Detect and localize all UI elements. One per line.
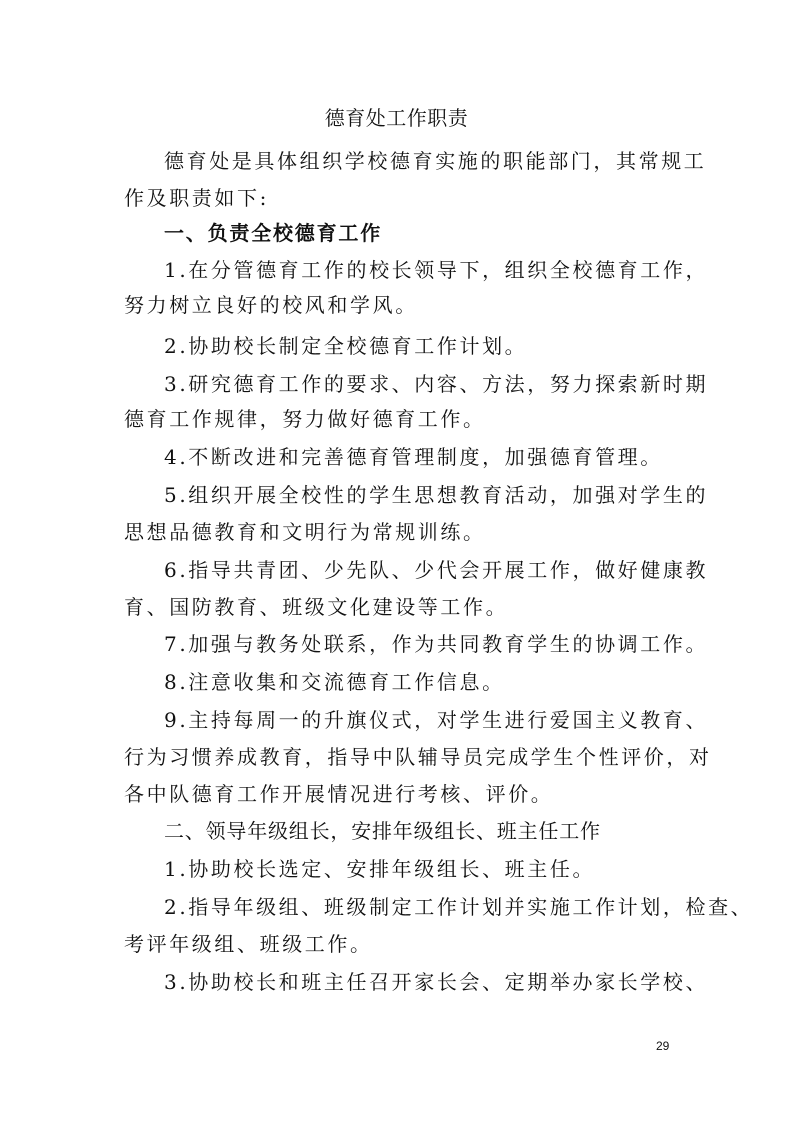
section-1-item-2: 2.协助校长制定全校德育工作计划。 bbox=[164, 332, 714, 360]
section-1-item-5-line-1: 5.组织开展全校性的学生思想教育活动，加强对学生的 bbox=[164, 481, 714, 509]
section-1-item-5-line-2: 思想品德教育和文明行为常规训练。 bbox=[124, 518, 674, 546]
section-1-item-9-line-1: 9.主持每周一的升旗仪式，对学生进行爱国主义教育、 bbox=[164, 706, 714, 734]
section-2-item-3-line-1: 3.协助校长和班主任召开家长会、定期举办家长学校、 bbox=[164, 968, 714, 996]
section-1-item-3-line-1: 3.研究德育工作的要求、内容、方法，努力探索新时期 bbox=[164, 370, 714, 398]
section-1-item-8: 8.注意收集和交流德育工作信息。 bbox=[164, 668, 714, 696]
document-title: 德育处工作职责 bbox=[0, 104, 793, 132]
section-1-item-4: 4.不断改进和完善德育管理制度，加强德育管理。 bbox=[164, 443, 714, 471]
section-1-item-3-line-2: 德育工作规律，努力做好德育工作。 bbox=[124, 405, 674, 433]
section-1-item-6-line-2: 育、国防教育、班级文化建设等工作。 bbox=[124, 593, 674, 621]
section-1-item-1-line-1: 1.在分管德育工作的校长领导下，组织全校德育工作， bbox=[164, 256, 714, 284]
section-1-item-9-line-3: 各中队德育工作开展情况进行考核、评价。 bbox=[124, 780, 674, 808]
section-2-item-1: 1.协助校长选定、安排年级组长、班主任。 bbox=[164, 855, 714, 883]
section-1-heading: 一、负责全校德育工作 bbox=[164, 219, 714, 247]
section-2-item-2-line-2: 考评年级组、班级工作。 bbox=[124, 930, 674, 958]
section-1-item-6-line-1: 6.指导共青团、少先队、少代会开展工作，做好健康教 bbox=[164, 556, 714, 584]
section-2-item-2-line-1: 2.指导年级组、班级制定工作计划并实施工作计划，检查、 bbox=[164, 893, 714, 921]
page-number: 29 bbox=[656, 1038, 669, 1054]
intro-line-2: 作及职责如下: bbox=[124, 184, 674, 212]
intro-line-1: 德育处是具体组织学校德育实施的职能部门，其常规工 bbox=[164, 147, 714, 175]
section-1-item-9-line-2: 行为习惯养成教育，指导中队辅导员完成学生个性评价，对 bbox=[124, 743, 674, 771]
document-page: 德育处工作职责 德育处是具体组织学校德育实施的职能部门，其常规工 作及职责如下:… bbox=[0, 0, 793, 1122]
section-1-item-1-line-2: 努力树立良好的校风和学风。 bbox=[124, 291, 674, 319]
section-2-heading: 二、领导年级组长，安排年级组长、班主任工作 bbox=[164, 817, 714, 845]
section-1-item-7: 7.加强与教务处联系，作为共同教育学生的协调工作。 bbox=[164, 630, 714, 658]
